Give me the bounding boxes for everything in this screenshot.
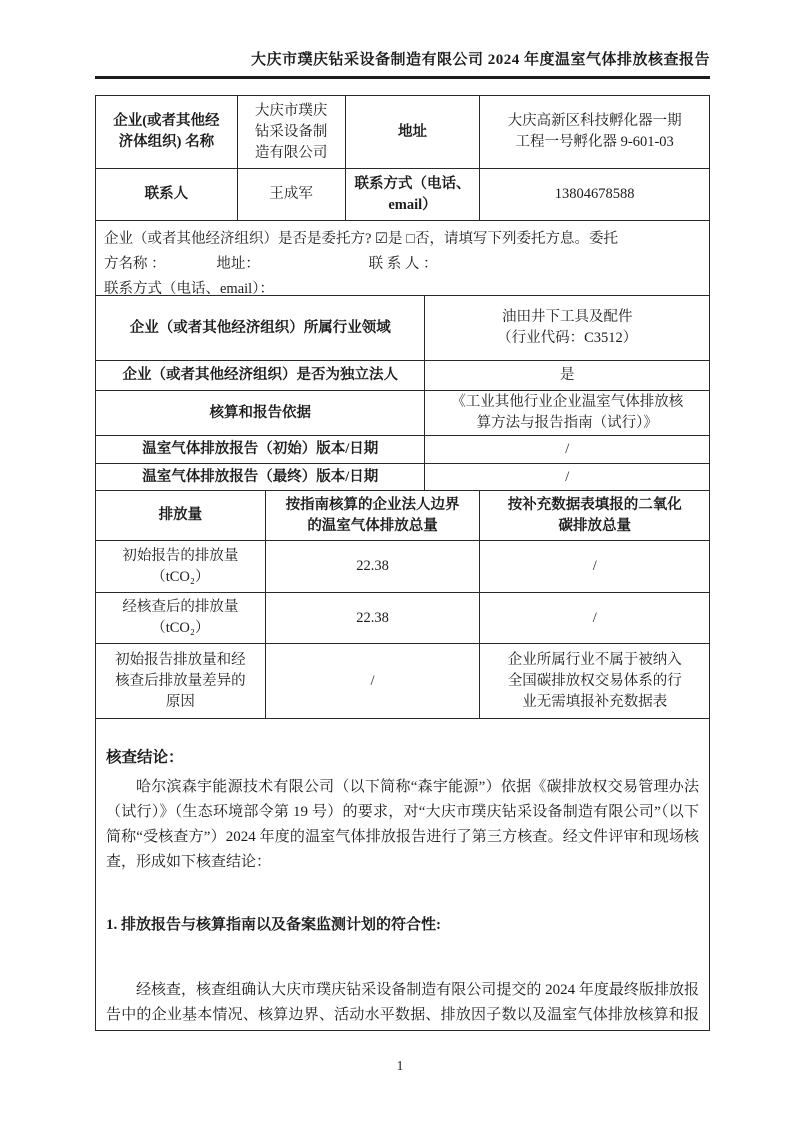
company-name-label: 企业(或者其他经 济体组织) 名称 [96, 96, 238, 169]
difference-reason-label: 初始报告排放量和经 核查后排放量差异的 原因 [96, 644, 266, 719]
initial-version-label: 温室气体排放报告（初始）版本/日期 [96, 436, 425, 464]
company-name-value: 大庆市璞庆 钻采设备制 造有限公司 [238, 96, 346, 169]
difference-reason-boundary-value: / [266, 644, 481, 719]
emission-header-col1: 排放量 [96, 491, 266, 541]
contact-label: 联系人 [96, 169, 238, 221]
initial-emission-label: 初始报告的排放量 （tCO₂） [96, 541, 266, 593]
table-row-legal-entity: 企业（或者其他经济组织）是否为独立法人 是 [96, 361, 710, 391]
address-value: 大庆高新区科技孵化器一期 工程一号孵化器 9-601-03 [480, 96, 710, 169]
address-label: 地址 [346, 96, 481, 169]
table-row-initial-version: 温室气体排放报告（初始）版本/日期 / [96, 436, 710, 464]
phone-label: 联系方式（电话、 email） [346, 169, 481, 221]
industry-label: 企业（或者其他经济组织）所属行业领域 [96, 296, 425, 361]
client-question-text: 企业（或者其他经济组织）是否是委托方? ☑是 □否，请填写下列委托方息。委托 方… [96, 221, 710, 296]
legal-entity-label: 企业（或者其他经济组织）是否为独立法人 [96, 361, 425, 391]
table-row-client: 企业（或者其他经济组织）是否是委托方? ☑是 □否，请填写下列委托方息。委托 方… [96, 221, 710, 296]
final-version-value: / [425, 464, 710, 491]
basis-value: 《工业其他行业企业温室气体排放核 算方法与报告指南（试行）》 [425, 391, 710, 436]
difference-reason-supplement-value: 企业所属行业不属于被纳入 全国碳排放权交易体系的行 业无需填报补充数据表 [480, 644, 710, 719]
table-row-contact: 联系人 王成军 联系方式（电话、 email） 13804678588 [96, 169, 710, 221]
conclusion-cell: 核查结论： 哈尔滨森宇能源技术有限公司（以下简称“森宇能源”）依据《碳排放权交易… [96, 719, 710, 1031]
table-row-difference-reason: 初始报告排放量和经 核查后排放量差异的 原因 / 企业所属行业不属于被纳入 全国… [96, 644, 710, 719]
emission-header-col2: 按指南核算的企业法人边界 的温室气体排放总量 [266, 491, 481, 541]
verified-emission-boundary-value: 22.38 [266, 593, 481, 644]
table-row-emission-header: 排放量 按指南核算的企业法人边界 的温室气体排放总量 按补充数据表填报的二氧化 … [96, 491, 710, 541]
initial-emission-supplement-value: / [480, 541, 710, 593]
table-row-basis: 核算和报告依据 《工业其他行业企业温室气体排放核 算方法与报告指南（试行）》 [96, 391, 710, 436]
table-row-company: 企业(或者其他经 济体组织) 名称 大庆市璞庆 钻采设备制 造有限公司 地址 大… [96, 96, 710, 169]
table-row-industry: 企业（或者其他经济组织）所属行业领域 油田井下工具及配件 （行业代码：C3512… [96, 296, 710, 361]
conclusion-heading: 核查结论： [106, 745, 699, 771]
conclusion-paragraph: 哈尔滨森宇能源技术有限公司（以下简称“森宇能源”）依据《碳排放权交易管理办法（试… [106, 775, 699, 875]
initial-version-value: / [425, 436, 710, 464]
conclusion-section1-paragraph: 经核查，核查组确认大庆市璞庆钻采设备制造有限公司提交的 2024 年度最终版排放… [106, 978, 699, 1031]
conclusion-section1-title: 1. 排放报告与核算指南以及备案监测计划的符合性: [106, 913, 699, 938]
phone-value: 13804678588 [480, 169, 710, 221]
table-row-verified-emission: 经核查后的排放量 （tCO₂） 22.38 / [96, 593, 710, 644]
basis-label: 核算和报告依据 [96, 391, 425, 436]
verified-emission-supplement-value: / [480, 593, 710, 644]
final-version-label: 温室气体排放报告（最终）版本/日期 [96, 464, 425, 491]
document-header-title: 大庆市璞庆钻采设备制造有限公司 2024 年度温室气体排放核查报告 [95, 48, 710, 79]
contact-value: 王成军 [238, 169, 346, 221]
table-row-initial-emission: 初始报告的排放量 （tCO₂） 22.38 / [96, 541, 710, 593]
legal-entity-value: 是 [425, 361, 710, 391]
table-row-conclusion: 核查结论： 哈尔滨森宇能源技术有限公司（以下简称“森宇能源”）依据《碳排放权交易… [96, 719, 710, 1031]
verified-emission-label: 经核查后的排放量 （tCO₂） [96, 593, 266, 644]
emission-header-col3: 按补充数据表填报的二氧化 碳排放总量 [480, 491, 710, 541]
company-info-table: 企业(或者其他经 济体组织) 名称 大庆市璞庆 钻采设备制 造有限公司 地址 大… [95, 95, 710, 1031]
table-row-final-version: 温室气体排放报告（最终）版本/日期 / [96, 464, 710, 491]
page-number: 1 [0, 1058, 800, 1074]
initial-emission-boundary-value: 22.38 [266, 541, 481, 593]
industry-value: 油田井下工具及配件 （行业代码：C3512） [425, 296, 710, 361]
report-page: 大庆市璞庆钻采设备制造有限公司 2024 年度温室气体排放核查报告 企业(或者其… [0, 0, 800, 1132]
